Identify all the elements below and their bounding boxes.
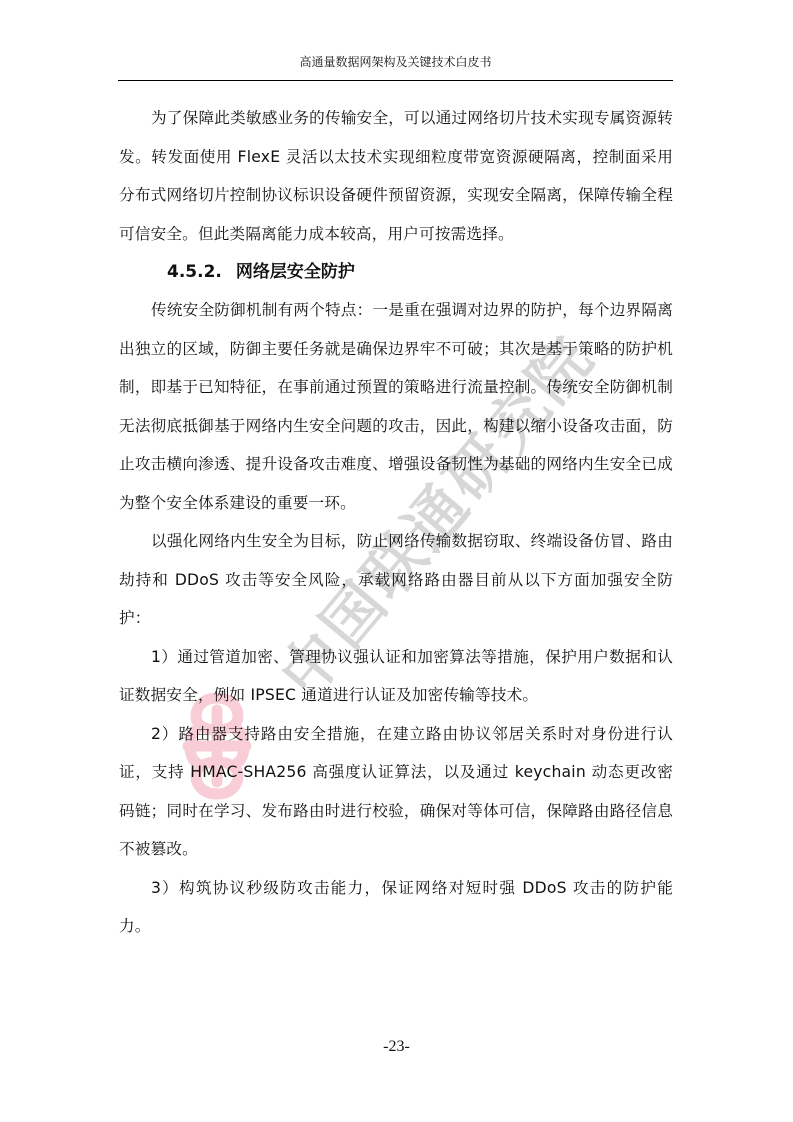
page-content: 为了保障此类敏感业务的传输安全，可以通过网络切片技术实现专属资源转发。转发面使用…: [119, 99, 673, 946]
running-header: 高通量数据网架构及关键技术白皮书: [118, 52, 673, 72]
list-item-2: 2）路由器支持路由安全措施，在建立路由协议邻居关系时对身份进行认证，支持 HMA…: [119, 715, 673, 869]
section-title: 网络层安全防护: [236, 253, 355, 291]
list-item-3: 3）构筑协议秒级防攻击能力，保证网络对短时强 DDoS 攻击的防护能力。: [119, 869, 673, 946]
list-item-1: 1）通过管道加密、管理协议强认证和加密算法等措施，保护用户数据和认证数据安全，例…: [119, 638, 673, 715]
section-heading: 4.5.2. 网络层安全防护: [119, 253, 673, 291]
paragraph-traditional-defense: 传统安全防御机制有两个特点：一是重在强调对边界的防护，每个边界隔离出独立的区域，…: [119, 291, 673, 522]
section-number: 4.5.2.: [167, 253, 222, 291]
page-number: -23-: [0, 1038, 793, 1056]
paragraph-security-goal: 以强化网络内生安全为目标，防止网络传输数据窃取、终端设备仿冒、路由劫持和 DDo…: [119, 522, 673, 638]
header-rule: [118, 80, 673, 81]
intro-paragraph: 为了保障此类敏感业务的传输安全，可以通过网络切片技术实现专属资源转发。转发面使用…: [119, 99, 673, 253]
